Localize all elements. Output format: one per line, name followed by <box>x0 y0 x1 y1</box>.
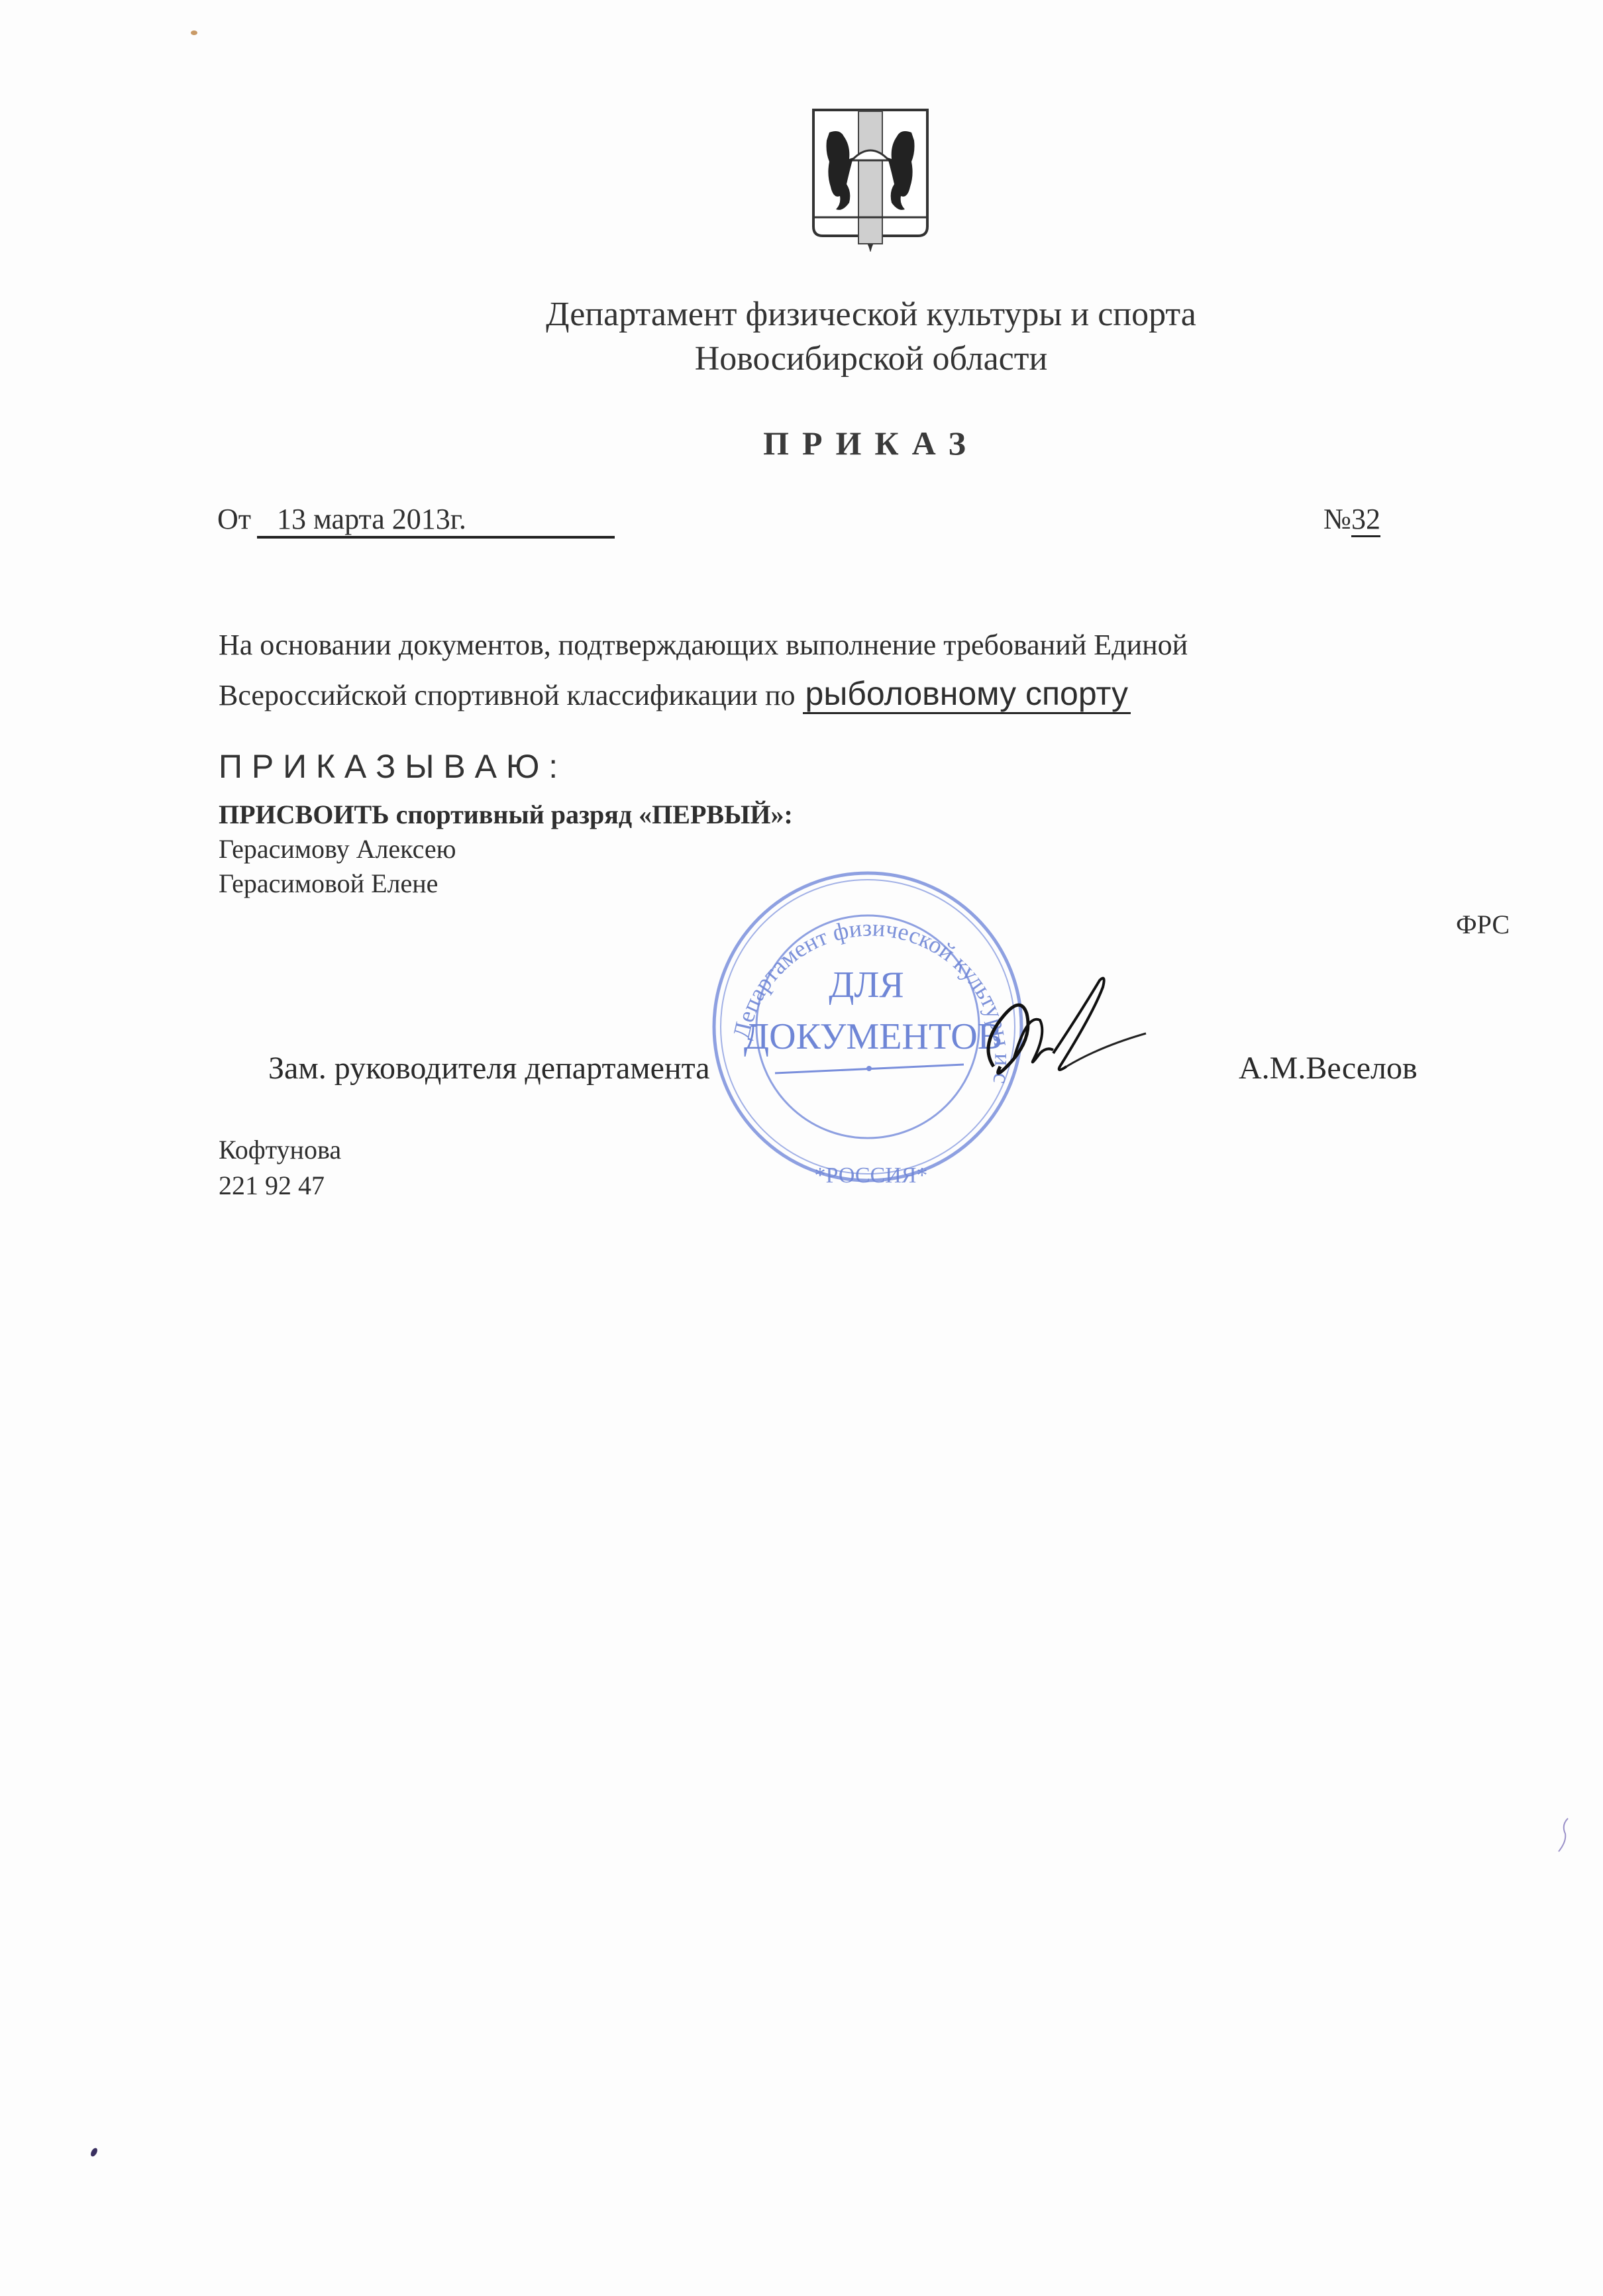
document-date: 13 марта 2013г. <box>257 502 615 539</box>
sport-name: рыболовному спорту <box>803 675 1131 714</box>
stamp-bottom-text: *РОССИЯ* <box>815 1163 928 1188</box>
scan-mark <box>1553 1815 1573 1855</box>
preamble-line2: Всероссийской спортивной классификации п… <box>219 674 1131 713</box>
signatory-name: А.М.Веселов <box>1239 1050 1418 1086</box>
executor-name: Кофтунова <box>219 1134 341 1165</box>
order-heading: П Р И К А З Ы В А Ю : <box>219 747 558 786</box>
stamp-center-line2: ДОКУМЕНТОВ <box>744 1016 1002 1057</box>
coat-of-arms-icon <box>809 106 931 252</box>
signatory-title: Зам. руководителя департамента <box>268 1050 710 1086</box>
recipient-1: Герасимову Алексею <box>219 833 456 864</box>
document-title: ПРИКАЗ <box>0 424 1603 462</box>
signature-scribble <box>974 967 1199 1100</box>
preamble-line1: На основании документов, подтверждающих … <box>219 628 1188 662</box>
number-sign: № <box>1323 503 1351 535</box>
number-value: 32 <box>1351 503 1380 537</box>
executor-phone: 221 92 47 <box>219 1170 325 1201</box>
document-number: №32 <box>1323 502 1380 536</box>
assign-rank: спортивный разряд «ПЕРВЫЙ»: <box>389 800 793 829</box>
assign-verb: ПРИСВОИТЬ <box>219 800 389 829</box>
preamble-line2-text: Всероссийской спортивной классификации п… <box>219 679 796 711</box>
federation-abbrev: ФРС <box>1456 909 1510 940</box>
scan-speck <box>89 2147 99 2158</box>
scan-speck <box>191 30 197 35</box>
recipient-2: Герасимовой Елене <box>219 868 438 899</box>
stamp-center-line1: ДЛЯ <box>829 965 904 1006</box>
department-name-line2: Новосибирской области <box>0 339 1603 378</box>
date-label: От <box>217 502 251 536</box>
department-name-line1: Департамент физической культуры и спорта <box>0 295 1603 334</box>
assign-statement: ПРИСВОИТЬ спортивный разряд «ПЕРВЫЙ»: <box>219 799 793 830</box>
